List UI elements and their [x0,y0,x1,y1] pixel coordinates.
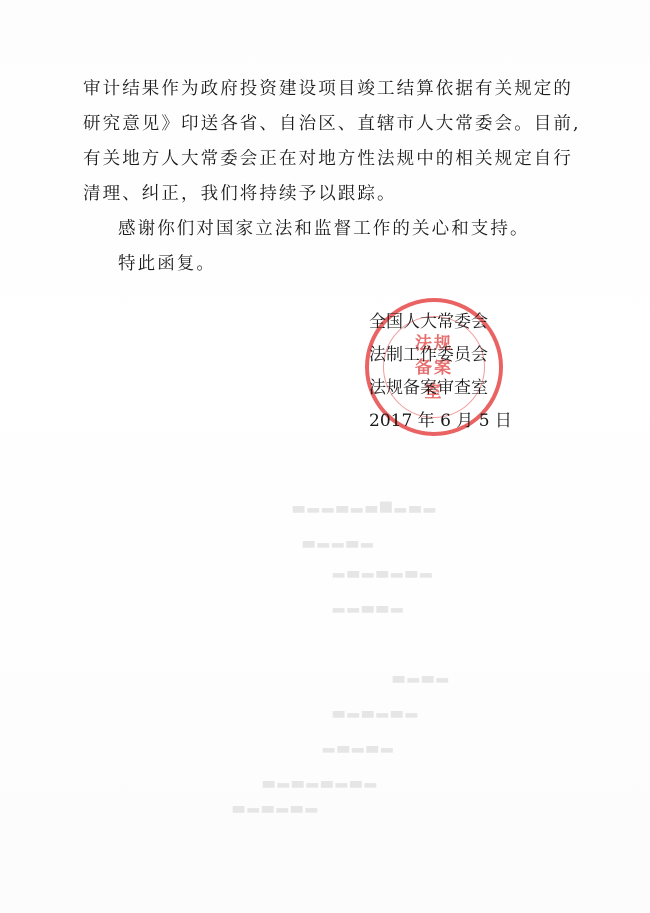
letter-line: 研究意见》印送各省、自治区、直辖市人大常委会。目前, [83,107,563,142]
letter-paragraph-2: 感谢你们对国家立法和监督工作的关心和支持。 特此函复。 [118,212,530,282]
letter-line: 清理、纠正，我们将持续予以跟踪。 [83,177,563,212]
thanks-line: 感谢你们对国家立法和监督工作的关心和支持。 [118,212,530,247]
document-page: ▂▃▂▅▃▂▃▂▂▃ ▂▃▂▂▃ ▂▃▂▃▂▃▂ ▂▃▃▂▂ ▂▃▂▃ ▂▃▂▃… [0,0,650,913]
signature-date: 2017 年 6 月 5 日 [369,405,512,438]
signature-org-1: 全国人大常委会 [369,306,512,339]
letter-line: 有关地方人大常委会正在对地方性法规中的相关规定自行 [83,142,563,177]
signature-org-3: 法规备案审查室 [369,372,512,405]
letter-paragraph-1: 审计结果作为政府投资建设项目竣工结算依据有关规定的 研究意见》印送各省、自治区、… [83,72,563,212]
signature-org-2: 法制工作委员会 [369,339,512,372]
closing-line: 特此函复。 [118,247,530,282]
letter-line: 审计结果作为政府投资建设项目竣工结算依据有关规定的 [83,72,563,107]
signature-block: 全国人大常委会 法制工作委员会 法规备案审查室 2017 年 6 月 5 日 [369,306,512,438]
